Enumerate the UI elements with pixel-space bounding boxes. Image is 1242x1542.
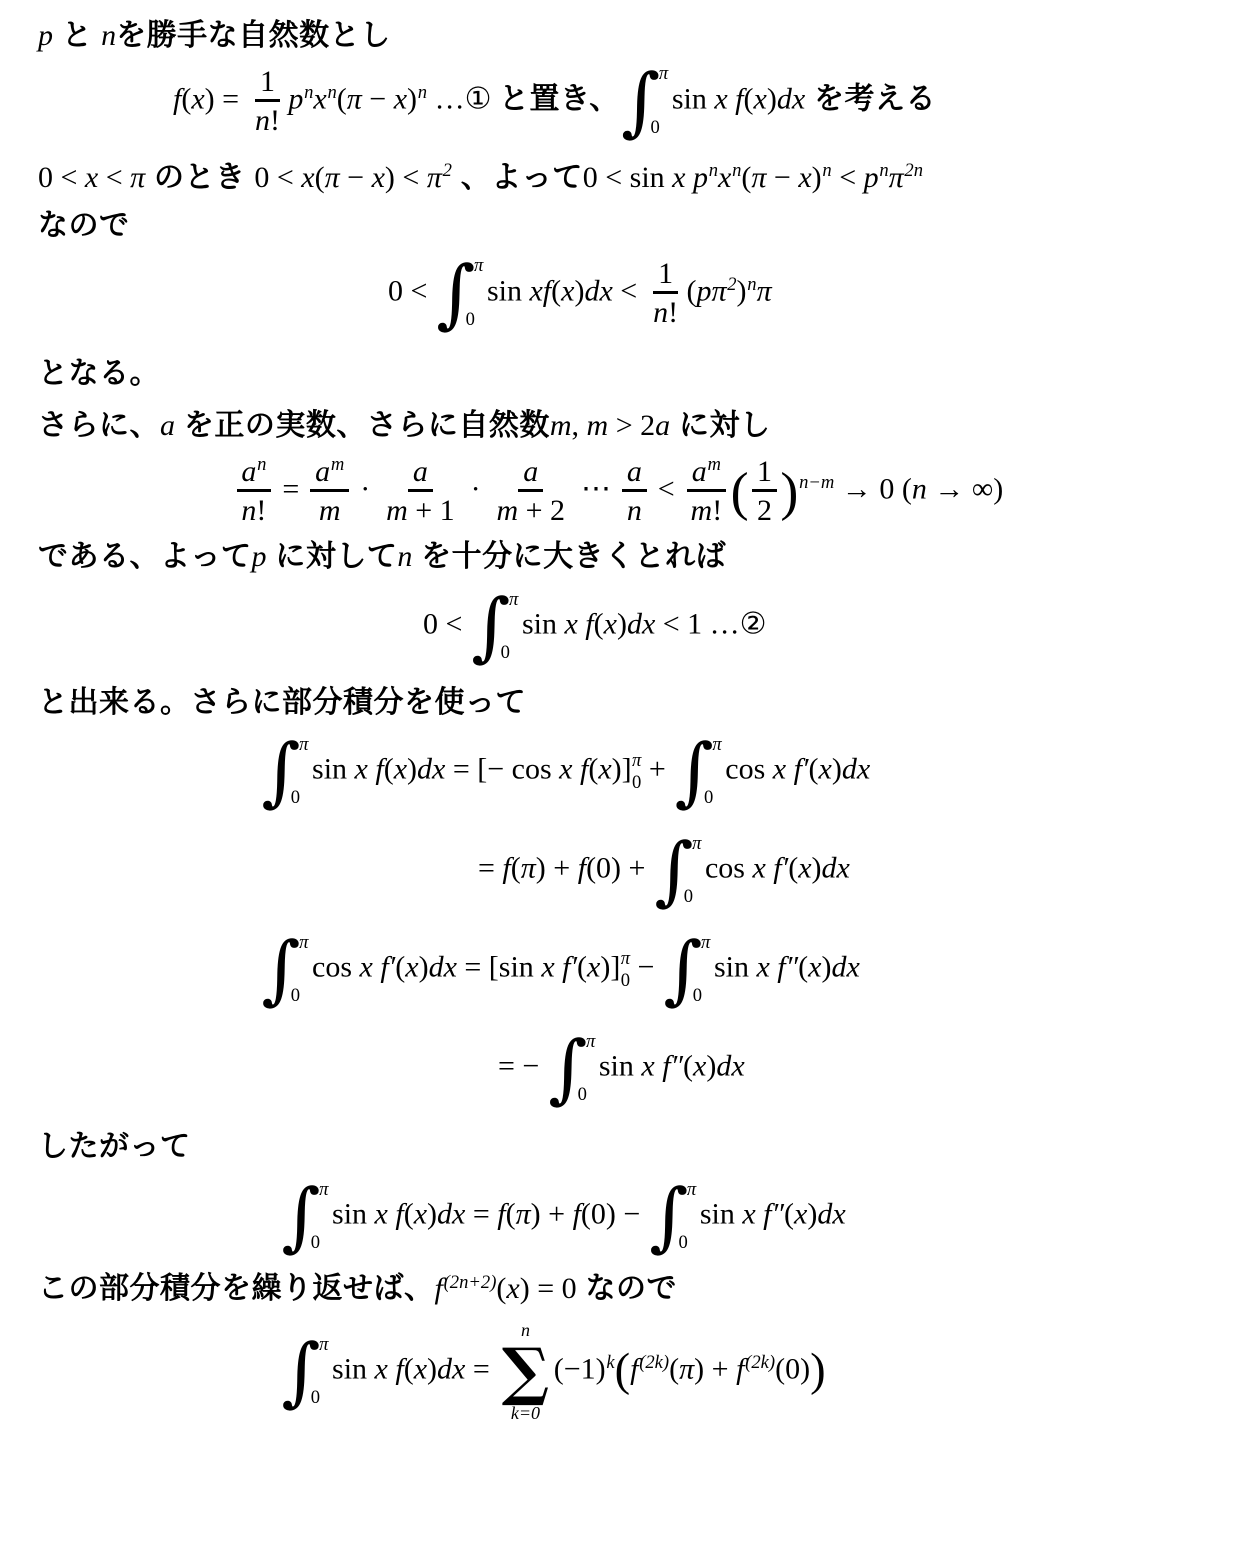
math-variable: m (496, 494, 518, 527)
math-roman: ( (788, 852, 798, 885)
big-paren: ( (731, 461, 749, 521)
eval-lower-limit: 0 (621, 970, 630, 992)
math-variable: pπ (696, 274, 726, 307)
fraction: ann! (237, 455, 272, 528)
math-superscript: n (257, 454, 266, 475)
fraction-denominator: n! (648, 294, 683, 329)
math-roman: ) (617, 607, 627, 640)
integral-upper-limit: π (299, 930, 308, 955)
math-roman: · (353, 472, 378, 505)
math-variable: π (130, 161, 145, 194)
math-variable: x f (355, 753, 384, 786)
integral-limits: π0 (474, 253, 483, 334)
text-line-16: したがって (38, 1127, 1206, 1168)
math-roman: )] (600, 951, 620, 984)
math-variable: x f′ (360, 951, 396, 984)
integral: ∫π0 (262, 731, 309, 812)
math-variable: a (315, 455, 330, 488)
math-variable: n (397, 540, 412, 573)
integral-limits: π0 (586, 1028, 595, 1109)
math-roman: ) = 0 (520, 1272, 577, 1305)
math-roman: ( (588, 753, 598, 786)
math-roman: sin (312, 753, 355, 786)
math-roman: ) (807, 1197, 817, 1230)
math-roman: < (98, 161, 130, 194)
math-roman: ( (496, 1272, 506, 1305)
math-roman: ( (798, 951, 808, 984)
fraction-denominator: m (314, 492, 345, 527)
math-variable: f (736, 1353, 744, 1386)
math-roman: ( (577, 951, 587, 984)
integral-upper-limit: π (586, 1029, 595, 1054)
eval-upper-limit: π (621, 948, 630, 970)
math-variable: m (587, 409, 609, 442)
math-roman: − (362, 82, 394, 115)
integral-lower-limit: 0 (684, 884, 693, 909)
fraction-numerator: am (687, 455, 726, 493)
math-roman: ) (407, 753, 417, 786)
integral-limits: π0 (712, 731, 721, 812)
math-variable: x (394, 82, 407, 115)
integral-upper-limit: π (712, 732, 721, 757)
integral-lower-limit: 0 (501, 640, 510, 665)
math-variable: x (818, 753, 831, 786)
math-roman: ) (767, 82, 777, 115)
math-roman: 0 < (254, 161, 301, 194)
math-roman: > 2 (608, 409, 655, 442)
math-roman: · (463, 472, 488, 505)
math-roman: ) (706, 1050, 716, 1083)
math-roman: cos (312, 951, 360, 984)
math-roman: ( (808, 753, 818, 786)
integral-lower-limit: 0 (311, 1230, 320, 1255)
jp-text: と置き、 (499, 82, 620, 115)
math-variable: x p (672, 161, 708, 194)
fraction: 1n! (648, 257, 683, 330)
math-variable: x f (375, 1353, 404, 1386)
math-variable: dx (627, 607, 655, 640)
eval-limits: π0 (621, 948, 630, 993)
math-variable: x (587, 951, 600, 984)
math-roman: ⋯ (573, 472, 618, 505)
math-variable: x (798, 161, 811, 194)
jp-text: したがって (38, 1130, 191, 1163)
math-variable: n (912, 472, 927, 505)
math-roman: , (572, 409, 587, 442)
math-variable: a (627, 455, 642, 488)
integral-limits: π0 (319, 1176, 328, 1257)
math-variable: n (653, 296, 668, 329)
fraction-numerator: a (408, 455, 433, 493)
math-variable: a (692, 455, 707, 488)
math-roman: sin (487, 274, 530, 307)
fraction-numerator: 1 (255, 65, 280, 103)
math-roman: 1 (658, 257, 673, 290)
fraction-denominator: m + 2 (492, 492, 570, 527)
math-variable: p (864, 161, 879, 194)
jp-text: 、よって (452, 161, 583, 194)
big-paren: ) (810, 1346, 826, 1397)
jp-text: この部分積分を繰り返せば、 (38, 1272, 435, 1305)
equation-line-10: 0 < ∫π0sin x f(x)dx < 1 …② (38, 586, 1206, 667)
fraction: amm (310, 455, 349, 528)
sum-lower-limit: k=0 (511, 1402, 540, 1425)
integral-limits: π0 (687, 1176, 696, 1257)
math-variable: n (241, 494, 256, 527)
math-variable: x f″ (641, 1050, 683, 1083)
integral-upper-limit: π (319, 1177, 328, 1202)
integral-lower-limit: 0 (291, 785, 300, 810)
big-paren: ) (780, 461, 798, 521)
math-roman: sin (522, 607, 565, 640)
math-variable: x (561, 274, 574, 307)
math-variable: x (313, 82, 326, 115)
integral-lower-limit: 0 (291, 983, 300, 1008)
math-roman: ! (270, 104, 280, 137)
math-roman: (0) + (586, 852, 653, 885)
math-roman: sin (332, 1197, 375, 1230)
math-variable: n (627, 494, 642, 527)
math-roman: < (650, 472, 682, 505)
jp-text: である、よって (38, 540, 252, 573)
math-variable: p (252, 540, 267, 573)
integral-limits: π0 (319, 1331, 328, 1412)
fraction: 12 (752, 455, 777, 528)
math-roman: ( (669, 1353, 679, 1386)
math-roman: = − (498, 1050, 547, 1083)
integral: ∫π0 (436, 253, 483, 334)
integral: ∫π0 (471, 586, 518, 667)
math-superscript: n (327, 82, 336, 103)
jp-text: と出来る。さらに部分積分を使って (38, 686, 526, 719)
math-variable: x (191, 82, 204, 115)
math-variable: f (573, 1197, 581, 1230)
text-line-4: なので (38, 206, 1206, 247)
math-roman: ) (812, 161, 822, 194)
integral-lower-limit: 0 (311, 1385, 320, 1410)
math-variable: x (301, 161, 314, 194)
math-roman: = (465, 1353, 497, 1386)
math-roman: ) (812, 852, 822, 885)
math-variable: x (753, 82, 766, 115)
math-superscript: 2 (727, 274, 736, 295)
math-variable: a (655, 409, 670, 442)
summation: n∑k=0 (502, 1319, 549, 1424)
math-roman: (−1) (554, 1353, 606, 1386)
math-variable: x (394, 753, 407, 786)
jp-text: を考える (805, 82, 936, 115)
math-variable: x f″ (742, 1197, 784, 1230)
math-variable: x (693, 1050, 706, 1083)
math-roman: cos (725, 753, 773, 786)
math-superscript: n (822, 160, 831, 181)
math-variable: dx (429, 951, 457, 984)
integral-limits: π0 (509, 586, 518, 667)
fraction-denominator: m! (686, 492, 727, 527)
math-variable: f (502, 852, 510, 885)
math-variable: π (427, 161, 442, 194)
math-roman: ( (404, 1197, 414, 1230)
math-roman: ) + (536, 852, 578, 885)
math-roman: ( (337, 82, 347, 115)
math-roman: ( (743, 82, 753, 115)
fraction-denominator: m + 1 (381, 492, 459, 527)
fraction-numerator: 1 (752, 455, 777, 493)
integral-limits: π0 (299, 929, 308, 1010)
math-roman: (0) − (581, 1197, 648, 1230)
equation-line-2: f(x) = 1n!pnxn(π − x)n …① と置き、∫π0sin x f… (38, 61, 1206, 142)
jp-text: を正の実数、さらに自然数 (175, 409, 550, 442)
math-superscript: 2n (904, 160, 923, 181)
math-variable: p (288, 82, 303, 115)
math-roman: sin (599, 1050, 642, 1083)
math-roman: ) (419, 951, 429, 984)
math-superscript: n (304, 82, 313, 103)
equation-line-12: ∫π0sin x f(x)dx = [− cos x f(x)]π0 + ∫π0… (38, 731, 1206, 812)
jp-text: さらに、 (38, 409, 160, 442)
fraction: amm! (686, 455, 727, 528)
text-line-9: である、よってp に対してn を十分に大きくとれば (38, 537, 1206, 578)
math-variable: π (889, 161, 904, 194)
math-variable: x f (564, 607, 593, 640)
eval-limits: π0 (632, 750, 641, 795)
math-superscript: (2n+2) (444, 1272, 497, 1293)
math-variable: π (679, 1353, 694, 1386)
integral-limits: π0 (299, 731, 308, 812)
integral-lower-limit: 0 (704, 785, 713, 810)
integral-upper-limit: π (509, 587, 518, 612)
fraction-denominator: 2 (752, 492, 777, 527)
math-roman: → ∞) (927, 472, 1003, 505)
math-roman: 0 < sin (583, 161, 672, 194)
math-roman: ( (741, 161, 751, 194)
text-line-1: p と nを勝手な自然数とし (38, 16, 1206, 57)
integral-lower-limit: 0 (578, 1082, 587, 1107)
math-variable: π (347, 82, 362, 115)
math-variable: f (630, 1353, 638, 1386)
math-variable: dx (842, 753, 870, 786)
math-superscript: m (331, 454, 344, 475)
math-variable: a (413, 455, 428, 488)
math-variable: f (435, 1272, 443, 1305)
math-roman: ) (427, 1197, 437, 1230)
math-roman: ( (683, 1050, 693, 1083)
math-roman: ) (427, 1353, 437, 1386)
math-roman: ) (821, 951, 831, 984)
math-variable: dx (584, 274, 612, 307)
math-variable: m (386, 494, 408, 527)
integral-upper-limit: π (687, 1177, 696, 1202)
math-superscript: n (747, 274, 756, 295)
math-roman: (0) (775, 1353, 810, 1386)
math-roman: = (478, 852, 502, 885)
text-line-11: と出来る。さらに部分積分を使って (38, 683, 1206, 724)
math-variable: x (414, 1197, 427, 1230)
math-roman: − (630, 951, 662, 984)
math-superscript: (2k) (639, 1352, 669, 1373)
math-roman: < 1 …② (655, 607, 766, 640)
equation-line-19: ∫π0sin x f(x)dx = n∑k=0(−1)k(f(2k)(π) + … (38, 1319, 1206, 1424)
integral-upper-limit: π (701, 930, 710, 955)
math-roman: ( (404, 1353, 414, 1386)
integral-limits: π0 (692, 830, 701, 911)
fraction: an (622, 455, 647, 528)
integral-limits: π0 (701, 929, 710, 1010)
integral-upper-limit: π (299, 732, 308, 757)
math-roman: ( (511, 852, 521, 885)
math-variable: xf (529, 274, 551, 307)
math-variable: dx (822, 852, 850, 885)
jp-text: なので (577, 1272, 677, 1305)
math-roman: ( (551, 274, 561, 307)
math-variable: n (255, 104, 270, 137)
math-variable: a (523, 455, 538, 488)
math-variable: π (325, 161, 340, 194)
math-roman: )] (612, 753, 632, 786)
math-variable: π (516, 1197, 531, 1230)
math-variable: x (85, 161, 98, 194)
math-roman: ( (506, 1197, 516, 1230)
math-roman: + (641, 753, 673, 786)
fraction-numerator: am (310, 455, 349, 493)
eval-upper-limit: π (632, 750, 641, 772)
math-variable: m (550, 409, 572, 442)
math-roman: ) = (205, 82, 247, 115)
math-roman: ! (712, 494, 722, 527)
equation-line-15: = − ∫π0sin x f″(x)dx (38, 1028, 1206, 1109)
math-variable: x f′ (752, 852, 788, 885)
integral: ∫π0 (548, 1028, 595, 1109)
math-variable: x f (714, 82, 743, 115)
math-variable: π (751, 161, 766, 194)
math-roman: ( (395, 951, 405, 984)
equation-line-8: ann! = amm · am + 1 · am + 2 ⋯ an < amm!… (38, 455, 1206, 528)
text-math-line-3: 0 < x < π のとき 0 < x(π − x) < π2 、よって0 < … (38, 158, 1206, 199)
math-roman: sin (714, 951, 757, 984)
math-roman: ) + (531, 1197, 573, 1230)
math-roman: 0 < (423, 607, 470, 640)
text-line-6: となる。 (38, 354, 1206, 395)
math-roman: ( (181, 82, 191, 115)
math-roman: → 0 ( (834, 472, 912, 505)
math-superscript: n (418, 82, 427, 103)
math-variable: dx (437, 1353, 465, 1386)
math-variable: m (691, 494, 713, 527)
integral: ∫π0 (663, 929, 710, 1010)
math-variable: π (757, 274, 772, 307)
math-roman: ! (668, 296, 678, 329)
math-roman: sin (332, 1353, 375, 1386)
equation-line-13: = f(π) + f(0) + ∫π0cos x f′(x)dx (38, 830, 1206, 911)
math-roman: − (340, 161, 372, 194)
integral: ∫π0 (654, 830, 701, 911)
math-variable: f (497, 1197, 505, 1230)
math-roman: ) + (694, 1353, 736, 1386)
math-roman: < (613, 274, 645, 307)
math-variable: x (808, 951, 821, 984)
math-variable: a (241, 455, 256, 488)
math-roman: < (832, 161, 864, 194)
math-variable: m (319, 494, 341, 527)
math-roman: ( (315, 161, 325, 194)
fraction-denominator: n (622, 492, 647, 527)
integral: ∫π0 (649, 1176, 696, 1257)
math-roman: ) < (385, 161, 427, 194)
math-roman: = (275, 472, 307, 505)
math-roman: sin (672, 82, 715, 115)
math-superscript: n (709, 160, 718, 181)
math-roman: ) (574, 274, 584, 307)
sigma-sign: ∑ (502, 1342, 549, 1402)
math-variable: π (521, 852, 536, 885)
math-roman: ( (686, 274, 696, 307)
fraction-denominator: n! (250, 102, 285, 137)
equation-line-14: ∫π0cos x f′(x)dx = [sin x f′(x)]π0 − ∫π0… (38, 929, 1206, 1010)
fraction-numerator: an (237, 455, 272, 493)
math-variable: x f (375, 1197, 404, 1230)
math-superscript: m (708, 454, 721, 475)
math-roman: + 1 (408, 494, 455, 527)
math-superscript: n (732, 160, 741, 181)
equation-line-17: ∫π0sin x f(x)dx = f(π) + f(0) − ∫π0sin x… (38, 1176, 1206, 1257)
jp-text: のとき (145, 161, 254, 194)
math-superscript: 2 (443, 160, 452, 181)
math-variable: n (101, 19, 116, 52)
math-roman: 2 (757, 494, 772, 527)
math-superscript: n−m (799, 472, 834, 493)
math-variable: x (798, 852, 811, 885)
math-superscript: (2k) (745, 1352, 775, 1373)
jp-text: に対し (670, 409, 770, 442)
math-variable: x f′ (541, 951, 577, 984)
integral: ∫π0 (262, 929, 309, 1010)
math-variable: dx (716, 1050, 744, 1083)
fraction-numerator: 1 (653, 257, 678, 295)
math-roman: ) (407, 82, 417, 115)
math-variable: x (598, 753, 611, 786)
math-variable: x (372, 161, 385, 194)
math-roman: 0 < (388, 274, 435, 307)
math-variable: x f″ (756, 951, 798, 984)
math-roman: = [sin (457, 951, 541, 984)
math-variable: dx (417, 753, 445, 786)
math-roman: sin (700, 1197, 743, 1230)
math-roman: ( (594, 607, 604, 640)
math-roman: 0 < (38, 161, 85, 194)
fraction: am + 1 (381, 455, 459, 528)
integral: ∫π0 (675, 731, 722, 812)
math-roman: cos (705, 852, 753, 885)
jp-text: となる。 (38, 357, 160, 390)
integral-lower-limit: 0 (679, 1230, 688, 1255)
math-variable: dx (817, 1197, 845, 1230)
math-roman: 1 (260, 65, 275, 98)
math-variable: x (794, 1197, 807, 1230)
integral-upper-limit: π (659, 61, 668, 86)
jp-text: なので (38, 209, 130, 242)
math-variable: dx (777, 82, 805, 115)
big-paren: ( (615, 1346, 631, 1397)
math-variable: x (604, 607, 617, 640)
integral: ∫π0 (282, 1331, 329, 1412)
jp-text: を勝手な自然数とし (116, 19, 391, 52)
integral-upper-limit: π (474, 253, 483, 278)
text-line-18: この部分積分を繰り返せば、f(2n+2)(x) = 0 なので (38, 1269, 1206, 1310)
math-variable: x (506, 1272, 519, 1305)
integral: ∫π0 (282, 1176, 329, 1257)
integral-lower-limit: 0 (651, 115, 660, 140)
fraction: am + 2 (492, 455, 570, 528)
